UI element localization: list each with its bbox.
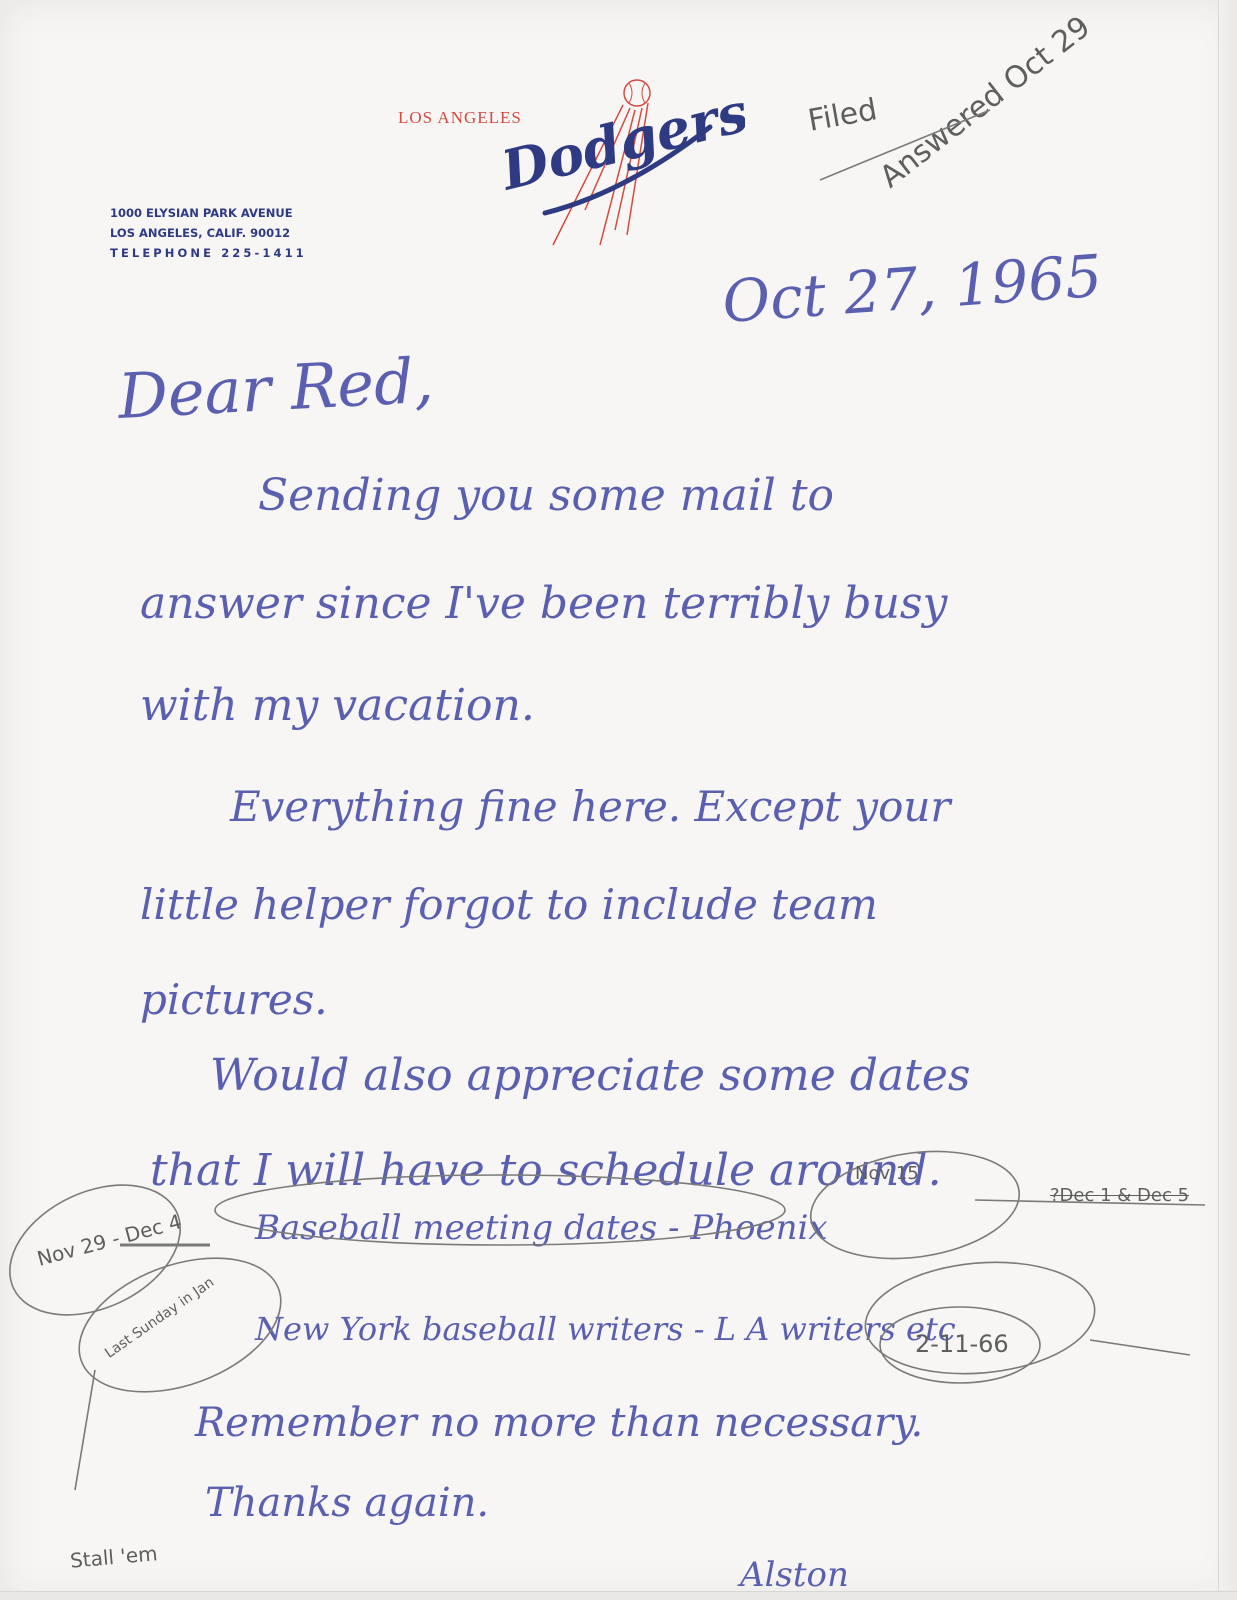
paper-edge — [1218, 0, 1237, 1600]
salutation: Dear Red, — [116, 344, 435, 433]
letter-page: LOS ANGELES Dodgers 1000 ELYSIAN PARK AV… — [0, 0, 1237, 1600]
pencil-bottom-note: Stall 'em — [69, 1541, 158, 1573]
letter-line-2: answer since I've been terribly busy — [140, 578, 947, 629]
pencil-phoenix-date: Nov 15 — [855, 1163, 919, 1184]
letter-line-4: Everything fine here. Except your — [230, 782, 950, 831]
letterhead-address: 1000 ELYSIAN PARK AVENUE LOS ANGELES, CA… — [110, 203, 307, 263]
letter-line-5: little helper forgot to include team — [140, 880, 878, 929]
letter-line-10: New York baseball writers - L A writers … — [255, 1310, 956, 1348]
letter-line-6: pictures. — [140, 975, 328, 1024]
address-line2: LOS ANGELES, CALIF. 90012 — [110, 223, 307, 243]
letterhead-city: LOS ANGELES — [398, 108, 522, 128]
letter-line-7: Would also appreciate some dates — [210, 1050, 970, 1101]
letter-line-3: with my vacation. — [140, 680, 535, 731]
letter-line-9: Baseball meeting dates - Phoenix — [255, 1208, 828, 1248]
letter-line-1: Sending you some mail to — [258, 470, 834, 521]
letter-line-11: Remember no more than necessary. — [195, 1400, 923, 1446]
pencil-crossed-out-dates: ?Dec 1 & Dec 5 — [1050, 1185, 1189, 1206]
letter-line-12: Thanks again. — [205, 1480, 489, 1526]
pencil-note-answered: Answered Oct 29 — [873, 10, 1097, 195]
pencil-note-filed: Filed — [805, 92, 879, 138]
signature: Alston — [740, 1555, 849, 1595]
dodgers-logo: Dodgers — [505, 75, 745, 250]
letter-line-8: that I will have to schedule around. — [150, 1145, 942, 1196]
telephone: TELEPHONE 225-1411 — [110, 243, 307, 263]
address-line1: 1000 ELYSIAN PARK AVENUE — [110, 203, 307, 223]
pencil-meeting-dates: Nov 29 - Dec 4 — [34, 1209, 184, 1271]
pencil-la-writers-date: 2-11-66 — [915, 1330, 1009, 1358]
paper-edge-bottom — [0, 1591, 1237, 1600]
letter-date: Oct 27, 1965 — [720, 242, 1104, 336]
pencil-ny-writers-date: Last Sunday in Jan — [102, 1274, 217, 1361]
